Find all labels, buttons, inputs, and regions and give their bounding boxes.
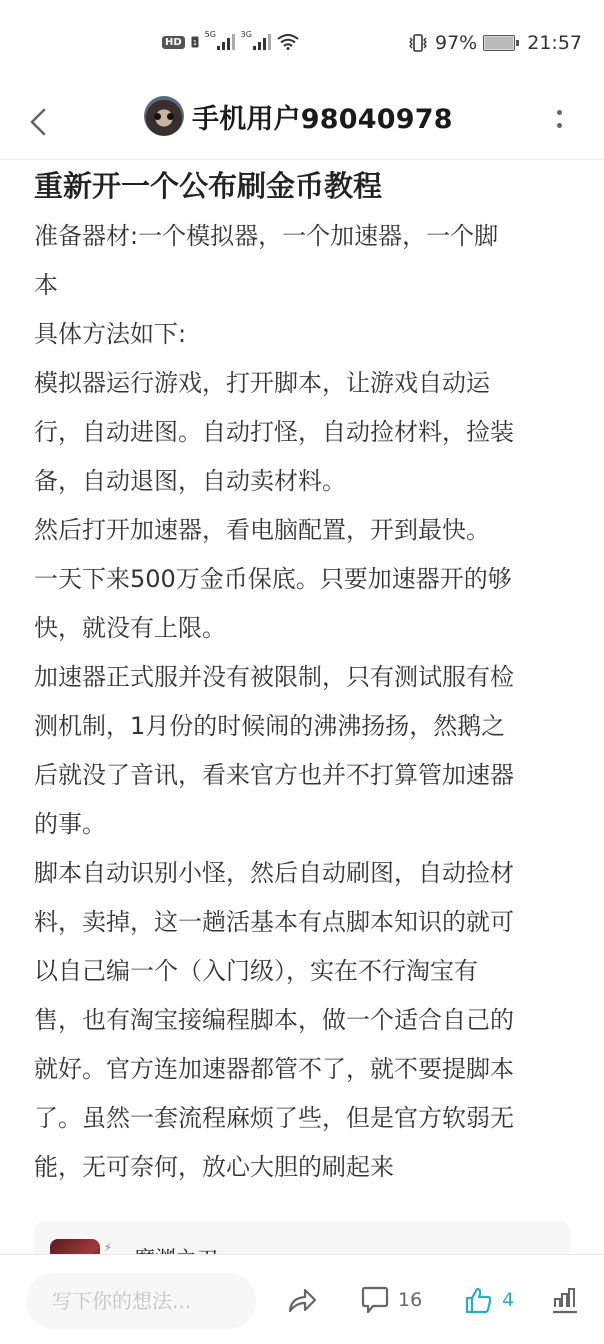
username[interactable]: 手机用户98040978 [192, 97, 453, 136]
post-paragraph: 模拟器运行游戏，打开脚本，让游戏自动运 行，自动进图。自动打怪，自动捡材料，捡装… [34, 359, 574, 506]
text-line: 能，无可奈何，放心大胆的刷起来 [34, 1143, 574, 1192]
text-line: 后就没了音讯，看来官方也并不打算管加速器 [34, 751, 574, 800]
text-line: 加速器正式服并没有被限制，只有测试服有检 [34, 653, 574, 702]
post-paragraph: 准备器材:一个模拟器，一个加速器，一个脚 本 [34, 212, 574, 310]
post-title: 重新开一个公布刷金币教程 [34, 160, 574, 212]
svg-text:1: 1 [192, 39, 196, 47]
more-options-button[interactable] [554, 106, 564, 136]
more-vertical-icon [554, 110, 564, 128]
lightning-icon: ⚡ [104, 1241, 112, 1254]
text-line: 以自己编一个（入门级），实在不行淘宝有 [34, 947, 574, 996]
text-line: 具体方法如下: [34, 310, 574, 359]
post-paragraph: 具体方法如下: [34, 310, 574, 359]
thumbs-up-icon [464, 1285, 494, 1315]
share-icon [286, 1285, 318, 1315]
clock: 21:57 [527, 32, 582, 54]
text-line: 就好。官方连加速器都管不了，就不要提脚本 [34, 1045, 574, 1094]
text-line: 脚本自动识别小怪，然后自动刷图，自动捡材 [34, 849, 574, 898]
text-line: 测机制，1月份的时候闹的沸沸扬扬，然鹅之 [34, 702, 574, 751]
text-line: 快，就没有上限。 [34, 604, 574, 653]
chevron-left-icon [24, 102, 54, 142]
post-content: 重新开一个公布刷金币教程 准备器材:一个模拟器，一个加速器，一个脚 本 具体方法… [34, 160, 574, 1192]
text-line: 本 [34, 261, 574, 310]
comment-count: 16 [398, 1289, 422, 1311]
back-button[interactable] [24, 102, 54, 142]
text-line: 售，也有淘宝接编程脚本，做一个适合自己的 [34, 996, 574, 1045]
signal-3g-icon: 3G [241, 34, 271, 50]
status-bar: HD 1 5G 3G 97% 21:57 [0, 0, 604, 88]
text-line: 备，自动退图，自动卖材料。 [34, 457, 574, 506]
comments-button[interactable]: 16 [360, 1285, 422, 1315]
battery-charging-icon [483, 35, 515, 51]
text-line: 行，自动进图。自动打怪，自动捡材料，捡装 [34, 408, 574, 457]
author-info[interactable]: 手机用户98040978 [144, 96, 453, 136]
stats-button[interactable] [550, 1285, 580, 1315]
bar-chart-icon [550, 1285, 580, 1315]
top-nav: 手机用户98040978 [0, 88, 604, 160]
sim-icon: 1 [191, 36, 199, 48]
hd-icon: HD [162, 36, 185, 49]
like-count: 4 [502, 1289, 514, 1311]
text-line: 然后打开加速器，看电脑配置，开到最快。 [34, 506, 574, 555]
comment-input[interactable]: 写下你的想法... [26, 1273, 256, 1329]
share-button[interactable] [286, 1285, 318, 1315]
text-line: 的事。 [34, 800, 574, 849]
text-line: 准备器材:一个模拟器，一个加速器，一个脚 [34, 212, 574, 261]
avatar[interactable] [144, 96, 184, 136]
post-paragraph: 一天下来500万金币保底。只要加速器开的够 快，就没有上限。 [34, 555, 574, 653]
like-button[interactable]: 4 [464, 1285, 514, 1315]
status-right: 97% 21:57 [407, 32, 582, 54]
bottom-action-bar: 写下你的想法... 16 4 [0, 1254, 604, 1344]
text-line: 模拟器运行游戏，打开脚本，让游戏自动运 [34, 359, 574, 408]
signal-5g-icon: 5G [205, 34, 235, 50]
comment-icon [360, 1285, 390, 1315]
text-line: 料，卖掉，这一趟活基本有点脚本知识的就可 [34, 898, 574, 947]
post-paragraph: 然后打开加速器，看电脑配置，开到最快。 [34, 506, 574, 555]
wifi-icon [277, 34, 299, 50]
post-paragraph: 脚本自动识别小怪，然后自动刷图，自动捡材 料，卖掉，这一趟活基本有点脚本知识的就… [34, 849, 574, 1192]
status-left: HD 1 5G 3G [162, 34, 299, 50]
text-line: 一天下来500万金币保底。只要加速器开的够 [34, 555, 574, 604]
post-paragraph: 加速器正式服并没有被限制，只有测试服有检 测机制，1月份的时候闹的沸沸扬扬，然鹅… [34, 653, 574, 849]
vibrate-icon [407, 33, 429, 53]
battery-percent: 97% [435, 32, 477, 54]
text-line: 了。虽然一套流程麻烦了些，但是官方软弱无 [34, 1094, 574, 1143]
